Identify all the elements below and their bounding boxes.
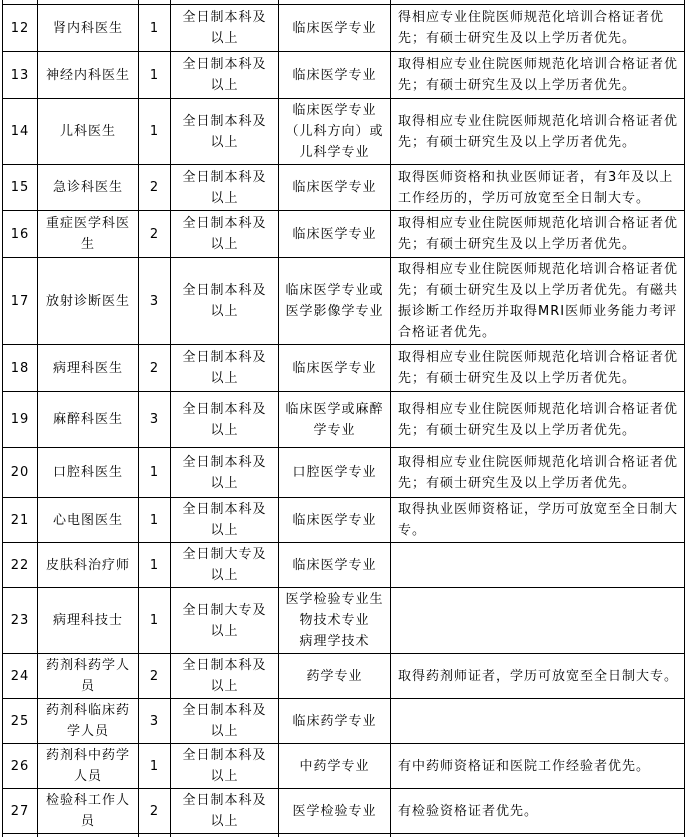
position-cell: 放射诊断医生 (38, 258, 139, 345)
count-cell: 1 (139, 99, 171, 165)
position-cell: 儿科医生 (38, 99, 139, 165)
empty-cell (279, 834, 391, 837)
table-row: 12 肾内科医生 1 全日制本科及 以上 临床医学专业 得相应专业住院医师规范化… (3, 5, 685, 52)
major-cell: 临床医学专业 （儿科方向）或 儿科学专业 (279, 99, 391, 165)
major-cell: 临床医学专业 (279, 52, 391, 99)
education-cell: 全日制本科及 以上 (171, 345, 279, 392)
count-cell: 2 (139, 165, 171, 211)
requirement-cell: 取得相应专业住院医师规范化培训合格证者优先；有硕士研究生及以上学历者优先。 (391, 211, 685, 258)
empty-cell (171, 834, 279, 837)
empty-cell (3, 834, 38, 837)
count-cell: 1 (139, 52, 171, 99)
major-cell: 药学专业 (279, 654, 391, 699)
education-cell: 全日制本科及 以上 (171, 699, 279, 744)
position-cell: 口腔科医生 (38, 448, 139, 498)
row-number-cell: 15 (3, 165, 38, 211)
requirement-cell: 取得相应专业住院医师规范化培训合格证者优先；有硕士研究生及以上学历者优先。 (391, 52, 685, 99)
education-cell: 全日制本科及 以上 (171, 789, 279, 834)
major-cell: 临床药学专业 (279, 699, 391, 744)
education-cell: 全日制本科及 以上 (171, 392, 279, 448)
major-cell: 临床医学专业或 医学影像学专业 (279, 258, 391, 345)
requirement-cell (391, 588, 685, 654)
row-number-cell: 18 (3, 345, 38, 392)
table-row: 13 神经内科医生 1 全日制本科及 以上 临床医学专业 取得相应专业住院医师规… (3, 52, 685, 99)
recruitment-table: 12 肾内科医生 1 全日制本科及 以上 临床医学专业 得相应专业住院医师规范化… (2, 0, 685, 837)
row-number-cell: 24 (3, 654, 38, 699)
count-cell: 1 (139, 498, 171, 543)
table-row: 15 急诊科医生 2 全日制本科及 以上 临床医学专业 取得医师资格和执业医师证… (3, 165, 685, 211)
count-cell: 1 (139, 588, 171, 654)
count-cell: 1 (139, 744, 171, 789)
table-row: 19 麻醉科医生 3 全日制本科及 以上 临床医学或麻醉 学专业 取得相应专业住… (3, 392, 685, 448)
education-cell: 全日制大专及 以上 (171, 543, 279, 588)
requirement-cell (391, 699, 685, 744)
empty-cell (38, 834, 139, 837)
requirement-cell: 取得执业医师资格证，学历可放宽至全日制大专。 (391, 498, 685, 543)
table-row: 24 药剂科药学人 员 2 全日制本科及 以上 药学专业 取得药剂师证者，学历可… (3, 654, 685, 699)
position-cell: 病理科技士 (38, 588, 139, 654)
major-cell: 临床医学专业 (279, 543, 391, 588)
table-row: 21 心电图医生 1 全日制本科及 以上 临床医学专业 取得执业医师资格证，学历… (3, 498, 685, 543)
requirement-cell (391, 543, 685, 588)
count-cell: 2 (139, 789, 171, 834)
education-cell: 全日制本科及 以上 (171, 5, 279, 52)
row-number-cell: 26 (3, 744, 38, 789)
count-cell: 1 (139, 448, 171, 498)
major-cell: 中药学专业 (279, 744, 391, 789)
row-number-cell: 20 (3, 448, 38, 498)
count-cell: 1 (139, 5, 171, 52)
requirement-cell: 取得相应专业住院医师规范化培训合格证者优先；有硕士研究生及以上学历者优先。 (391, 448, 685, 498)
requirement-cell: 有检验资格证者优先。 (391, 789, 685, 834)
requirement-cell: 得相应专业住院医师规范化培训合格证者优先；有硕士研究生及以上学历者优先。 (391, 5, 685, 52)
requirement-cell: 取得医师资格和执业医师证者，有3年及以上工作经历的，学历可放宽至全日制大专。 (391, 165, 685, 211)
partial-row-bottom (3, 834, 685, 837)
table-row: 22 皮肤科治疗师 1 全日制大专及 以上 临床医学专业 (3, 543, 685, 588)
requirement-cell: 取得相应专业住院医师规范化培训合格证者优先；有硕士研究生及以上学历者优先。 (391, 99, 685, 165)
requirement-cell: 取得相应专业住院医师规范化培训合格证者优先；有硕士研究生及以上学历者优先。 (391, 392, 685, 448)
empty-cell (139, 834, 171, 837)
count-cell: 3 (139, 392, 171, 448)
count-cell: 2 (139, 345, 171, 392)
row-number-cell: 14 (3, 99, 38, 165)
major-cell: 临床医学专业 (279, 211, 391, 258)
position-cell: 检验科工作人 员 (38, 789, 139, 834)
major-cell: 临床医学专业 (279, 5, 391, 52)
education-cell: 全日制本科及 以上 (171, 258, 279, 345)
row-number-cell: 23 (3, 588, 38, 654)
requirement-cell: 取得相应专业住院医师规范化培训合格证者优先；有硕士研究生及以上学历者优先。有磁共… (391, 258, 685, 345)
empty-cell (391, 834, 685, 837)
position-cell: 皮肤科治疗师 (38, 543, 139, 588)
position-cell: 神经内科医生 (38, 52, 139, 99)
education-cell: 全日制本科及 以上 (171, 448, 279, 498)
table-row: 18 病理科医生 2 全日制本科及 以上 临床医学专业 取得相应专业住院医师规范… (3, 345, 685, 392)
education-cell: 全日制本科及 以上 (171, 654, 279, 699)
position-cell: 急诊科医生 (38, 165, 139, 211)
table-row: 25 药剂科临床药 学人员 3 全日制本科及 以上 临床药学专业 (3, 699, 685, 744)
education-cell: 全日制大专及 以上 (171, 588, 279, 654)
education-cell: 全日制本科及 以上 (171, 498, 279, 543)
count-cell: 2 (139, 211, 171, 258)
table-row: 16 重症医学科医 生 2 全日制本科及 以上 临床医学专业 取得相应专业住院医… (3, 211, 685, 258)
count-cell: 3 (139, 699, 171, 744)
requirement-cell: 取得药剂师证者，学历可放宽至全日制大专。 (391, 654, 685, 699)
position-cell: 重症医学科医 生 (38, 211, 139, 258)
count-cell: 3 (139, 258, 171, 345)
count-cell: 2 (139, 654, 171, 699)
major-cell: 口腔医学专业 (279, 448, 391, 498)
education-cell: 全日制本科及 以上 (171, 99, 279, 165)
major-cell: 临床医学专业 (279, 345, 391, 392)
row-number-cell: 19 (3, 392, 38, 448)
row-number-cell: 13 (3, 52, 38, 99)
table-row: 17 放射诊断医生 3 全日制本科及 以上 临床医学专业或 医学影像学专业 取得… (3, 258, 685, 345)
education-cell: 全日制本科及 以上 (171, 165, 279, 211)
education-cell: 全日制本科及 以上 (171, 744, 279, 789)
position-cell: 药剂科中药学 人员 (38, 744, 139, 789)
row-number-cell: 21 (3, 498, 38, 543)
position-cell: 麻醉科医生 (38, 392, 139, 448)
table-body: 12 肾内科医生 1 全日制本科及 以上 临床医学专业 得相应专业住院医师规范化… (3, 0, 685, 837)
requirement-cell: 取得相应专业住院医师规范化培训合格证者优先；有硕士研究生及以上学历者优先。 (391, 345, 685, 392)
major-cell: 临床医学或麻醉 学专业 (279, 392, 391, 448)
screenshot-root: 12 肾内科医生 1 全日制本科及 以上 临床医学专业 得相应专业住院医师规范化… (0, 0, 688, 837)
table-row: 26 药剂科中药学 人员 1 全日制本科及 以上 中药学专业 有中药师资格证和医… (3, 744, 685, 789)
row-number-cell: 27 (3, 789, 38, 834)
major-cell: 临床医学专业 (279, 165, 391, 211)
requirement-cell: 有中药师资格证和医院工作经验者优先。 (391, 744, 685, 789)
row-number-cell: 12 (3, 5, 38, 52)
position-cell: 药剂科药学人 员 (38, 654, 139, 699)
count-cell: 1 (139, 543, 171, 588)
position-cell: 药剂科临床药 学人员 (38, 699, 139, 744)
row-number-cell: 22 (3, 543, 38, 588)
table-row: 27 检验科工作人 员 2 全日制本科及 以上 医学检验专业 有检验资格证者优先… (3, 789, 685, 834)
table-row: 23 病理科技士 1 全日制大专及 以上 医学检验专业生 物技术专业 病理学技术 (3, 588, 685, 654)
major-cell: 医学检验专业 (279, 789, 391, 834)
row-number-cell: 25 (3, 699, 38, 744)
education-cell: 全日制本科及 以上 (171, 211, 279, 258)
position-cell: 肾内科医生 (38, 5, 139, 52)
position-cell: 病理科医生 (38, 345, 139, 392)
major-cell: 医学检验专业生 物技术专业 病理学技术 (279, 588, 391, 654)
table-row: 20 口腔科医生 1 全日制本科及 以上 口腔医学专业 取得相应专业住院医师规范… (3, 448, 685, 498)
row-number-cell: 16 (3, 211, 38, 258)
position-cell: 心电图医生 (38, 498, 139, 543)
table-row: 14 儿科医生 1 全日制本科及 以上 临床医学专业 （儿科方向）或 儿科学专业… (3, 99, 685, 165)
education-cell: 全日制本科及 以上 (171, 52, 279, 99)
row-number-cell: 17 (3, 258, 38, 345)
major-cell: 临床医学专业 (279, 498, 391, 543)
